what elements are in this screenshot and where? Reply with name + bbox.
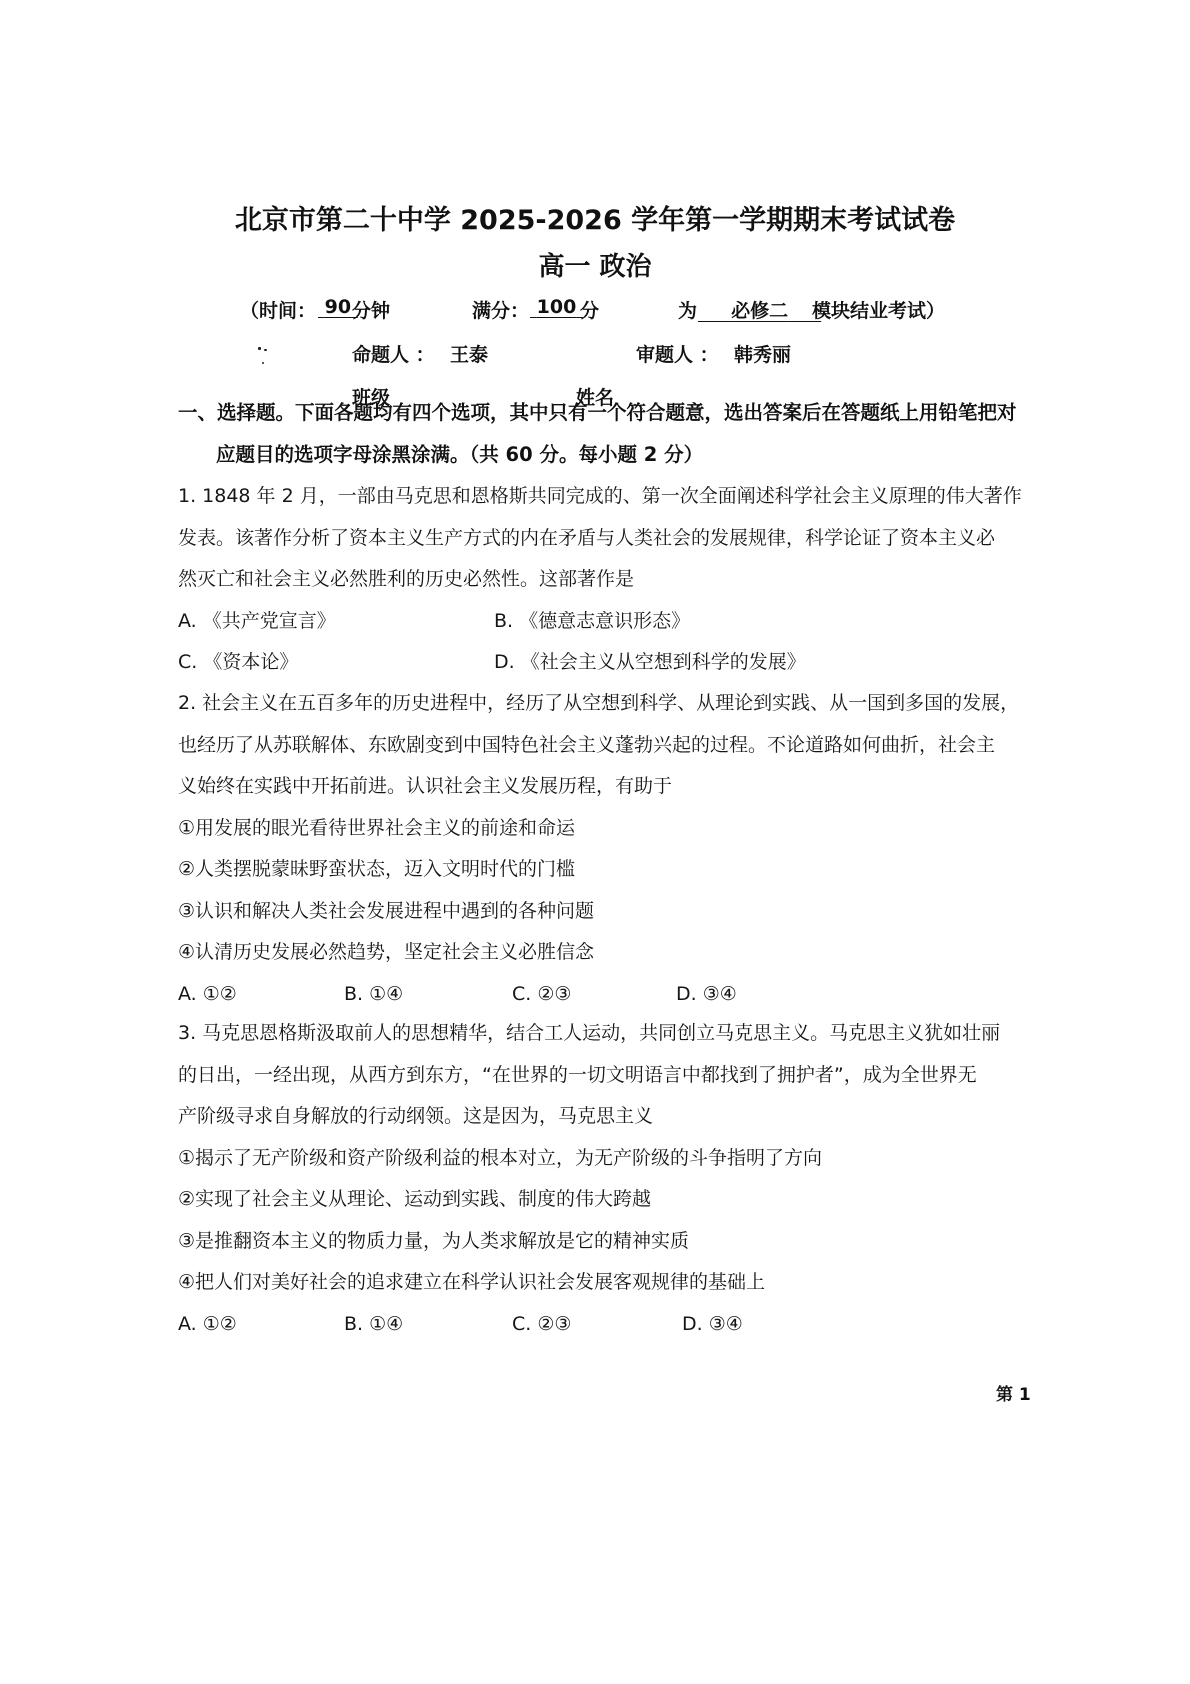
- scan-speck: [264, 349, 267, 351]
- score-value: 100: [530, 296, 583, 318]
- q3-stem-line: 3. 马克思恩格斯汲取前人的思想精华，结合工人运动，共同创立马克思主义。马克思主…: [178, 1013, 1048, 1055]
- score-unit: 分: [580, 296, 599, 323]
- reviewer-label: 审题人 ：: [636, 340, 719, 367]
- q2-statement: ④认清历史发展必然趋势，坚定社会主义必胜信念: [178, 932, 1048, 974]
- exam-subtitle: 高一 政治: [0, 246, 1190, 283]
- q3-stem-line: 产阶级寻求自身解放的行动纲领。这是因为，马克思主义: [178, 1096, 1048, 1138]
- setter-label: 命题人 ：: [352, 340, 435, 367]
- q2-option-c[interactable]: C. ②③: [512, 974, 571, 1016]
- setter-name: 王泰: [450, 340, 488, 367]
- q3-option-a[interactable]: A. ①②: [178, 1304, 237, 1346]
- q2-options-row: A. ①② B. ①④ C. ②③ D. ③④: [178, 974, 1048, 1016]
- q2-stem-line: 也经历了从苏联解体、东欧剧变到中国特色社会主义蓬勃兴起的过程。不论道路如何曲折，…: [178, 725, 1048, 767]
- exam-page: 北京市第二十中学 2025-2026 学年第一学期期末考试试卷 高一 政治 （时…: [0, 0, 1190, 1684]
- q3-option-b[interactable]: B. ①④: [344, 1304, 403, 1346]
- q3-statement: ③是推翻资本主义的物质力量，为人类求解放是它的精神实质: [178, 1221, 1048, 1263]
- section-line-1: 一、选择题。下面各题均有四个选项，其中只有一个符合题意，选出答案后在答题纸上用铅…: [178, 392, 1048, 434]
- q3-statement: ②实现了社会主义从理论、运动到实践、制度的伟大跨越: [178, 1179, 1048, 1221]
- q1-options-row: C. 《资本论》 D. 《社会主义从空想到科学的发展》: [178, 642, 1048, 684]
- q2-statement: ②人类摆脱蒙昧野蛮状态，迈入文明时代的门槛: [178, 849, 1048, 891]
- exam-title: 北京市第二十中学 2025-2026 学年第一学期期末考试试卷: [0, 198, 1190, 237]
- page-number: 第 1: [996, 1380, 1031, 1405]
- module-value: 必修二: [698, 296, 821, 323]
- q2-option-d[interactable]: D. ③④: [676, 974, 737, 1016]
- question-1: 1. 1848 年 2 月，一部由马克思和恩格斯共同完成的、第一次全面阐述科学社…: [178, 476, 1048, 684]
- question-2: 2. 社会主义在五百多年的历史进程中，经历了从空想到科学、从理论到实践、从一国到…: [178, 683, 1048, 1015]
- q1-option-b[interactable]: B. 《德意志意识形态》: [494, 601, 690, 643]
- q2-stem-line: 2. 社会主义在五百多年的历史进程中，经历了从空想到科学、从理论到实践、从一国到…: [178, 683, 1048, 725]
- scan-speck: [258, 347, 261, 350]
- question-3: 3. 马克思恩格斯汲取前人的思想精华，结合工人运动，共同创立马克思主义。马克思主…: [178, 1013, 1048, 1345]
- exam-info-line: （时间： 90 分钟 满分： 100 分 为 必修二 模块结业考试）: [240, 296, 1060, 326]
- q3-option-d[interactable]: D. ③④: [682, 1304, 743, 1346]
- module-label: 为: [678, 296, 697, 323]
- q3-statement: ④把人们对美好社会的追求建立在科学认识社会发展客观规律的基础上: [178, 1262, 1048, 1304]
- q3-statement: ①揭示了无产阶级和资产阶级利益的根本对立，为无产阶级的斗争指明了方向: [178, 1138, 1048, 1180]
- time-unit: 分钟: [352, 296, 390, 323]
- score-label: 满分：: [472, 296, 529, 323]
- q1-options-row: A. 《共产党宣言》 B. 《德意志意识形态》: [178, 601, 1048, 643]
- q3-option-c[interactable]: C. ②③: [512, 1304, 571, 1346]
- q2-statement: ①用发展的眼光看待世界社会主义的前途和命运: [178, 808, 1048, 850]
- section-instructions: 一、选择题。下面各题均有四个选项，其中只有一个符合题意，选出答案后在答题纸上用铅…: [178, 392, 1048, 476]
- exam-authors: 命题人 ： 王泰 审题人 ： 韩秀丽: [0, 340, 1190, 370]
- q3-stem-line: 的日出，一经出现，从西方到东方，“在世界的一切文明语言中都找到了拥护者”，成为全…: [178, 1055, 1048, 1097]
- q2-statement: ③认识和解决人类社会发展进程中遇到的各种问题: [178, 891, 1048, 933]
- q1-option-a[interactable]: A. 《共产党宣言》: [178, 601, 336, 643]
- q1-stem-line: 发表。该著作分析了资本主义生产方式的内在矛盾与人类社会的发展规律，科学论证了资本…: [178, 518, 1048, 560]
- q1-stem-line: 然灭亡和社会主义必然胜利的历史必然性。这部著作是: [178, 559, 1048, 601]
- q2-option-a[interactable]: A. ①②: [178, 974, 237, 1016]
- section-line-2: 应题目的选项字母涂黑涂满。（共 60 分。每小题 2 分）: [178, 434, 1048, 476]
- q2-stem-line: 义始终在实践中开拓前进。认识社会主义发展历程，有助于: [178, 766, 1048, 808]
- time-label: （时间：: [240, 296, 316, 323]
- q2-option-b[interactable]: B. ①④: [344, 974, 403, 1016]
- reviewer-name: 韩秀丽: [734, 340, 791, 367]
- q1-stem-line: 1. 1848 年 2 月，一部由马克思和恩格斯共同完成的、第一次全面阐述科学社…: [178, 476, 1048, 518]
- q1-option-d[interactable]: D. 《社会主义从空想到科学的发展》: [494, 642, 806, 684]
- module-suffix: 模块结业考试）: [812, 296, 945, 323]
- q3-options-row: A. ①② B. ①④ C. ②③ D. ③④: [178, 1304, 1048, 1346]
- q1-option-c[interactable]: C. 《资本论》: [178, 642, 298, 684]
- scan-speck: [262, 362, 264, 364]
